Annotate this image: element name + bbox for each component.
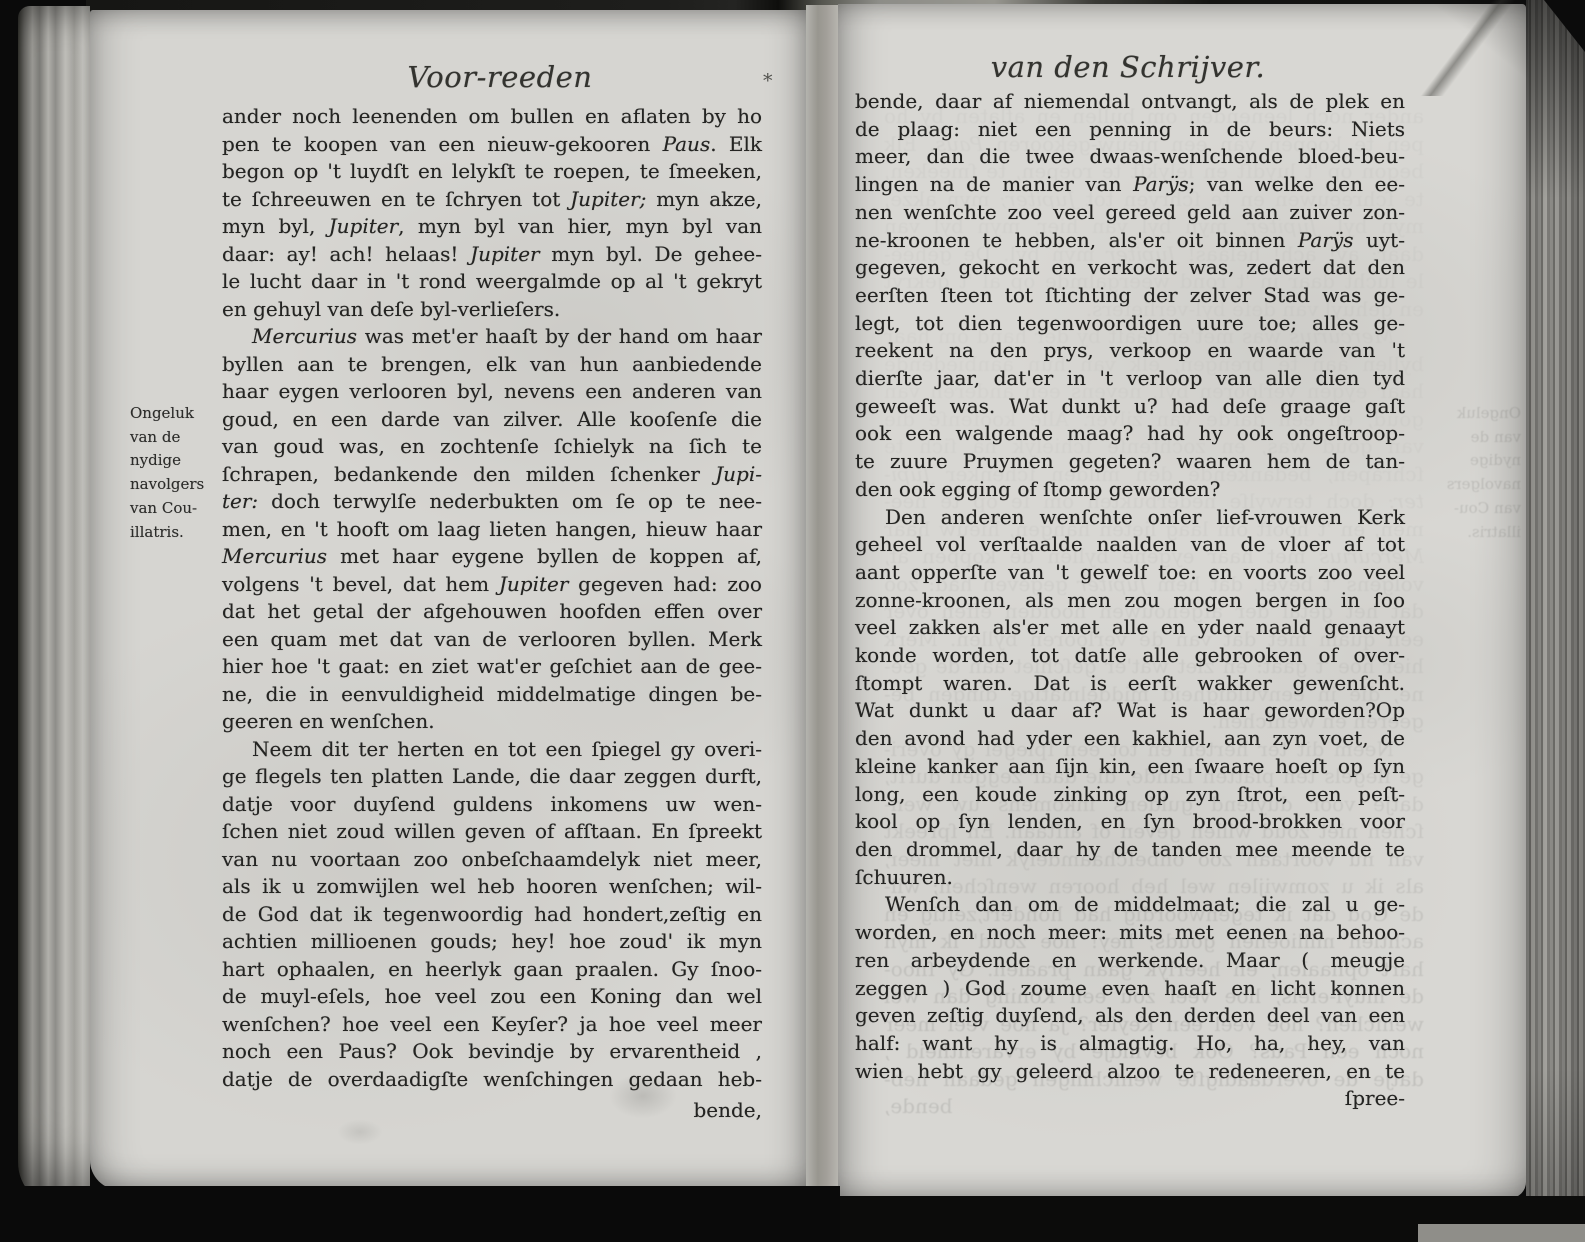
text-line: zeggen ) God zoume even haaſt en licht k… bbox=[855, 975, 1405, 1003]
text-line: begon op 't luydſt en lelykſt te roepen,… bbox=[222, 158, 762, 186]
text-line: Wat dunkt u daar af? Wat is haar geworde… bbox=[855, 697, 1405, 725]
book-scan: ander noch leenenden om bullen en aflate… bbox=[0, 0, 1585, 1242]
text-line: wien hebt gy geleerd alzoo te redeneeren… bbox=[855, 1058, 1405, 1086]
text-line: veel zakken als'er met alle en yder naal… bbox=[855, 614, 1405, 642]
text-line: een quam met dat van de verlooren byllen… bbox=[222, 626, 762, 654]
text-line: den drommel, daar hy de tanden mee meend… bbox=[855, 836, 1405, 864]
margin-note-line: illatris. bbox=[130, 521, 222, 545]
text-line: ne-kroonen te hebben, als'er oit binnen … bbox=[855, 227, 1405, 255]
text-line: ander noch leenenden om bullen en aflate… bbox=[222, 103, 762, 131]
text-line: als ik u zomwijlen wel heb hooren wenſch… bbox=[222, 873, 762, 901]
text-line: ſtompt waren. Dat is eerſt wakker gewenſ… bbox=[855, 670, 1405, 698]
text-line: ne, die in eenvuldigheid middelmatige di… bbox=[222, 681, 762, 709]
scan-bottom-edge-left bbox=[0, 1186, 840, 1242]
text-line: datje voor duyſend guldens inkomens uw w… bbox=[222, 791, 762, 819]
text-line: legt, tot dien tegenwoordigen uure toe; … bbox=[855, 310, 1405, 338]
text-line: de plaag: niet een penning in de beurs: … bbox=[855, 116, 1405, 144]
text-line: Wenſch dan om de middelmaat; die zal u g… bbox=[855, 891, 1405, 919]
signature-mark: * bbox=[763, 70, 773, 92]
text-line: den ook egging of ſtomp geworden? bbox=[855, 476, 1405, 504]
text-line: ge flegels ten platten Lande, die daar z… bbox=[222, 763, 762, 791]
right-page-edge-stack bbox=[1526, 0, 1585, 1242]
text-line: de God dat ik tegenwoordig had hondert,z… bbox=[222, 901, 762, 929]
text-line: nen wenſchte zoo veel gereed geld aan zu… bbox=[855, 199, 1405, 227]
margin-note: Ongelukvan denydigenavolgersvan Cou-illa… bbox=[130, 402, 222, 544]
text-line: aant opperſte van 't gewelf toe: en voor… bbox=[855, 559, 1405, 587]
text-line: geheel vol verſtaalde naalden van de vlo… bbox=[855, 531, 1405, 559]
text-line: volgens 't bevel, dat hem Jupiter gegeve… bbox=[222, 571, 762, 599]
left-page-edge-stack bbox=[18, 6, 90, 1208]
text-line: bende, daar af niemendal ontvangt, als d… bbox=[855, 88, 1405, 116]
text-line: goud, en een darde van zilver. Alle kooſ… bbox=[222, 406, 762, 434]
text-line: ſchuuren. bbox=[855, 864, 1405, 892]
text-line: long, een koude zinking op zyn ſtrot, ee… bbox=[855, 781, 1405, 809]
margin-note-line: van Cou- bbox=[130, 497, 222, 521]
text-line: geeren en wenſchen. bbox=[222, 708, 762, 736]
text-line: datje de overdaadigſte wenſchingen gedaa… bbox=[222, 1066, 762, 1094]
text-line: hart ophaalen, en heerlyk gaan praalen. … bbox=[222, 956, 762, 984]
left-page-body: ander noch leenenden om bullen en aflate… bbox=[222, 103, 762, 1093]
text-line: Neem dit ter herten en tot een ſpiegel g… bbox=[222, 736, 762, 764]
text-line: byllen aan te brengen, elk van hun aanbi… bbox=[222, 351, 762, 379]
text-line: van goud was, en zochtenſe ſchielyk na ſ… bbox=[222, 433, 762, 461]
text-line: le lucht daar in 't rond weergalmde op a… bbox=[222, 268, 762, 296]
text-line: ſchrapen, bedankende den milden ſchenker… bbox=[222, 461, 762, 489]
bottom-page-edges bbox=[1418, 1224, 1585, 1242]
text-line: worden, en noch meer: mits met eenen na … bbox=[855, 919, 1405, 947]
margin-note-line: van de bbox=[130, 426, 222, 450]
text-line: haar eygen verlooren byl, nevens een and… bbox=[222, 378, 762, 406]
text-line: geven zeſtig duyſend, als den derden dee… bbox=[855, 1002, 1405, 1030]
text-line: ter: doch terwylſe nederbukten om ſe op … bbox=[222, 488, 762, 516]
text-line: te ſchreeuwen en te ſchryen tot Jupiter;… bbox=[222, 186, 762, 214]
text-line: de muyl-eſels, hoe veel zou een Koning d… bbox=[222, 983, 762, 1011]
left-page-catchword: bende, bbox=[222, 1098, 762, 1122]
text-line: myn byl, Jupiter, myn byl van hier, myn … bbox=[222, 213, 762, 241]
text-line: Mercurius met haar eygene byllen de kopp… bbox=[222, 543, 762, 571]
text-line: van nu voortaan zoo onbeſchaamdelyk niet… bbox=[222, 846, 762, 874]
left-page-header: Voor-reeden bbox=[330, 60, 670, 94]
text-line: achtien millioenen gouds; hey! hoe zoud'… bbox=[222, 928, 762, 956]
margin-note-line: Ongeluk bbox=[130, 402, 222, 426]
text-line: gegeven, gekocht en verkocht was, zedert… bbox=[855, 254, 1405, 282]
text-line: daar: ay! ach! helaas! Jupiter myn byl. … bbox=[222, 241, 762, 269]
text-line: noch een Paus? Ook bevindje by ervarenth… bbox=[222, 1038, 762, 1066]
right-page-body: bende, daar af niemendal ontvangt, als d… bbox=[855, 88, 1405, 1085]
text-line: kleine kanker aan ſijn kin, een ſwaare h… bbox=[855, 753, 1405, 781]
text-line: meer, dan die twee dwaas-wenſchende bloe… bbox=[855, 143, 1405, 171]
text-line: pen te koopen van een nieuw-gekooren Pau… bbox=[222, 131, 762, 159]
right-page-catchword: ſpree- bbox=[855, 1086, 1405, 1110]
right-page-header: van den Schrijver. bbox=[958, 50, 1298, 84]
text-line: konde worden, tot datſe alle gebrooken o… bbox=[855, 642, 1405, 670]
text-line: ren arbeydende en werkende. Maar ( meugj… bbox=[855, 947, 1405, 975]
text-line: Mercurius was met'er haaſt by der hand o… bbox=[222, 323, 762, 351]
text-line: Den anderen wenſchte onſer lief-vrouwen … bbox=[855, 504, 1405, 532]
text-line: ſchen niet zoud willen geven of afſtaan.… bbox=[222, 818, 762, 846]
margin-note-line: nydige bbox=[130, 449, 222, 473]
text-line: kool op ſyn lenden, en ſyn brood-brokken… bbox=[855, 808, 1405, 836]
text-line: wenſchen? hoe veel een Keyſer? ja hoe ve… bbox=[222, 1011, 762, 1039]
text-line: zonne-kroonen, als men zou mogen bergen … bbox=[855, 587, 1405, 615]
text-line: men, en 't hooft om laag lieten hangen, … bbox=[222, 516, 762, 544]
text-line: dat het getal der afgehouwen hoofden eff… bbox=[222, 598, 762, 626]
text-line: den avond had yder een kakhiel, aan zyn … bbox=[855, 725, 1405, 753]
text-line: half: want hy is almagtig. Ho, ha, hey, … bbox=[855, 1030, 1405, 1058]
text-line: reekent na den prys, verkoop en waarde v… bbox=[855, 337, 1405, 365]
text-line: eerſten ſteen tot ſtichting der zelver S… bbox=[855, 282, 1405, 310]
text-line: lingen na de manier van Parÿs; van welke… bbox=[855, 171, 1405, 199]
text-line: hier hoe 't gaat: en ziet wat'er geſchie… bbox=[222, 653, 762, 681]
text-line: en gehuyl van deſe byl-verlieſers. bbox=[222, 296, 762, 324]
text-line: dierſte jaar, dat'er in 't verloop van a… bbox=[855, 365, 1405, 393]
text-line: geweeſt was. Wat dunkt u? had deſe graag… bbox=[855, 393, 1405, 421]
book-gutter bbox=[806, 5, 840, 1197]
text-line: ook een walgende maag? had hy ook ongeſt… bbox=[855, 420, 1405, 448]
margin-note-line: navolgers bbox=[130, 473, 222, 497]
text-line: te zuure Pruymen gegeten? waaren hem de … bbox=[855, 448, 1405, 476]
